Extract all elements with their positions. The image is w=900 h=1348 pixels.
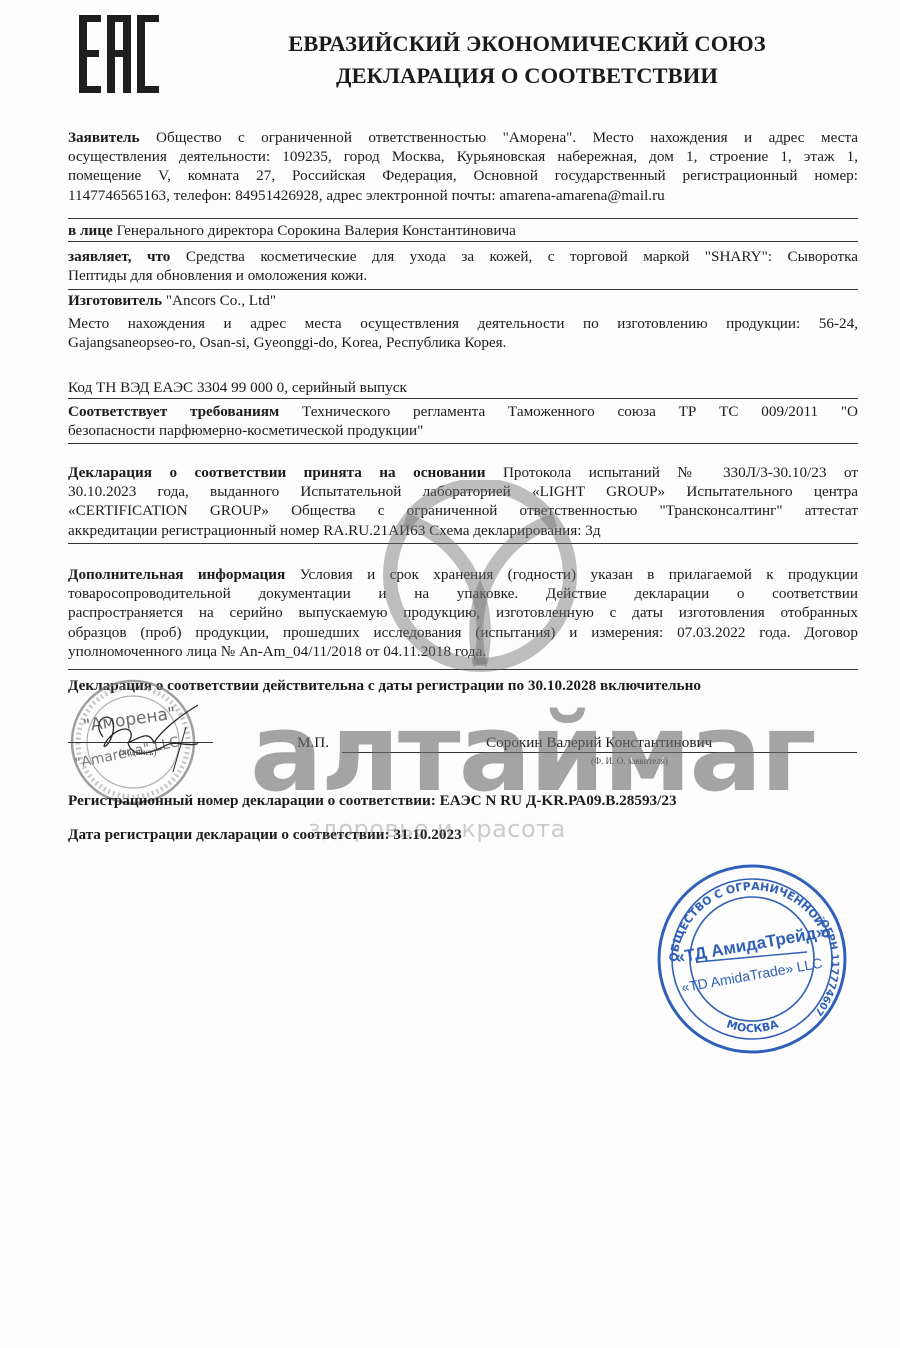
represented-by-text: Генерального директора Сорокина Валерия … <box>117 222 516 239</box>
conforms-section: Соответствует требованиям Технического р… <box>68 402 858 440</box>
divider <box>68 443 858 444</box>
manufacturer-address-1: Место нахождения и адрес места осуществл… <box>68 314 858 333</box>
signature-caption: (подпись) <box>119 747 156 757</box>
divider <box>68 241 858 242</box>
applicant-line-3: помещение V, комната 27, Российская Феде… <box>68 166 858 185</box>
declares-section: заявляет, что Средства косметические для… <box>68 247 858 285</box>
additional-info-label: Дополнительная информация <box>68 566 285 583</box>
product-description-cont: Пептиды для обновления и омоложения кожи… <box>68 266 858 285</box>
basis-protocol: Протокола испытаний № 330Л/3-30.10/23 от <box>503 464 858 481</box>
watermark-leaf-logo-icon <box>345 480 615 690</box>
divider <box>68 398 858 399</box>
declaration-document: ЕВРАЗИЙСКИЙ ЭКОНОМИЧЕСКИЙ СОЮЗ ДЕКЛАРАЦИ… <box>0 0 900 1348</box>
tn-ved-code: Код ТН ВЭД ЕАЭС 3304 99 000 0, серийный … <box>68 378 858 397</box>
eac-logo-icon <box>79 15 159 93</box>
svg-text:МОСКВА: МОСКВА <box>725 1017 781 1035</box>
applicant-label: Заявитель <box>68 129 140 146</box>
manufacturer-address-2: Gajangsaneopseo-ro, Osan-si, Gyeonggi-do… <box>68 333 858 352</box>
document-title: ЕВРАЗИЙСКИЙ ЭКОНОМИЧЕСКИЙ СОЮЗ ДЕКЛАРАЦИ… <box>262 28 792 92</box>
manufacturer-name: "Ancors Co., Ltd" <box>166 292 276 309</box>
conforms-label: Соответствует требованиям <box>68 403 279 420</box>
watermark-subtext: здоровье и красота <box>308 815 566 843</box>
tn-ved-section: Код ТН ВЭД ЕАЭС 3304 99 000 0, серийный … <box>68 378 858 397</box>
applicant-line-1: Заявитель Общество с ограниченной ответс… <box>68 128 858 147</box>
watermark-text: алтаймаг <box>250 700 815 808</box>
basis-label: Декларация о соответствии принята на осн… <box>68 464 485 481</box>
title-line-union: ЕВРАЗИЙСКИЙ ЭКОНОМИЧЕСКИЙ СОЮЗ <box>262 28 792 60</box>
applicant-line-2: осуществления деятельности: 109235, горо… <box>68 147 858 166</box>
manufacturer-section: Изготовитель "Ancors Co., Ltd" Место нах… <box>68 291 858 353</box>
declares-label: заявляет, что <box>68 248 170 265</box>
represented-by-label: в лице <box>68 222 113 239</box>
conforms-text-cont: безопасности парфюмерно-косметической пр… <box>68 421 858 440</box>
conforms-text: Технического регламента Таможенного союз… <box>302 403 858 420</box>
manufacturer-label: Изготовитель <box>68 292 162 309</box>
represented-by-section: в лице Генерального директора Сорокина В… <box>68 221 858 240</box>
applicant-line-4: 1147746565163, телефон: 84951426928, адр… <box>68 186 858 205</box>
signature-line <box>68 742 213 743</box>
divider <box>68 289 858 290</box>
applicant-section: Заявитель Общество с ограниченной ответс… <box>68 128 858 205</box>
product-description: Средства косметические для ухода за коже… <box>186 248 858 265</box>
company-seal-stamp: ОБЩЕСТВО С ОГРАНИЧЕННОЙ ОТВЕТСТВЕННОСТЬЮ… <box>655 862 850 1057</box>
divider <box>68 218 858 219</box>
title-line-declaration: ДЕКЛАРАЦИЯ О СООТВЕТСТВИИ <box>262 60 792 92</box>
